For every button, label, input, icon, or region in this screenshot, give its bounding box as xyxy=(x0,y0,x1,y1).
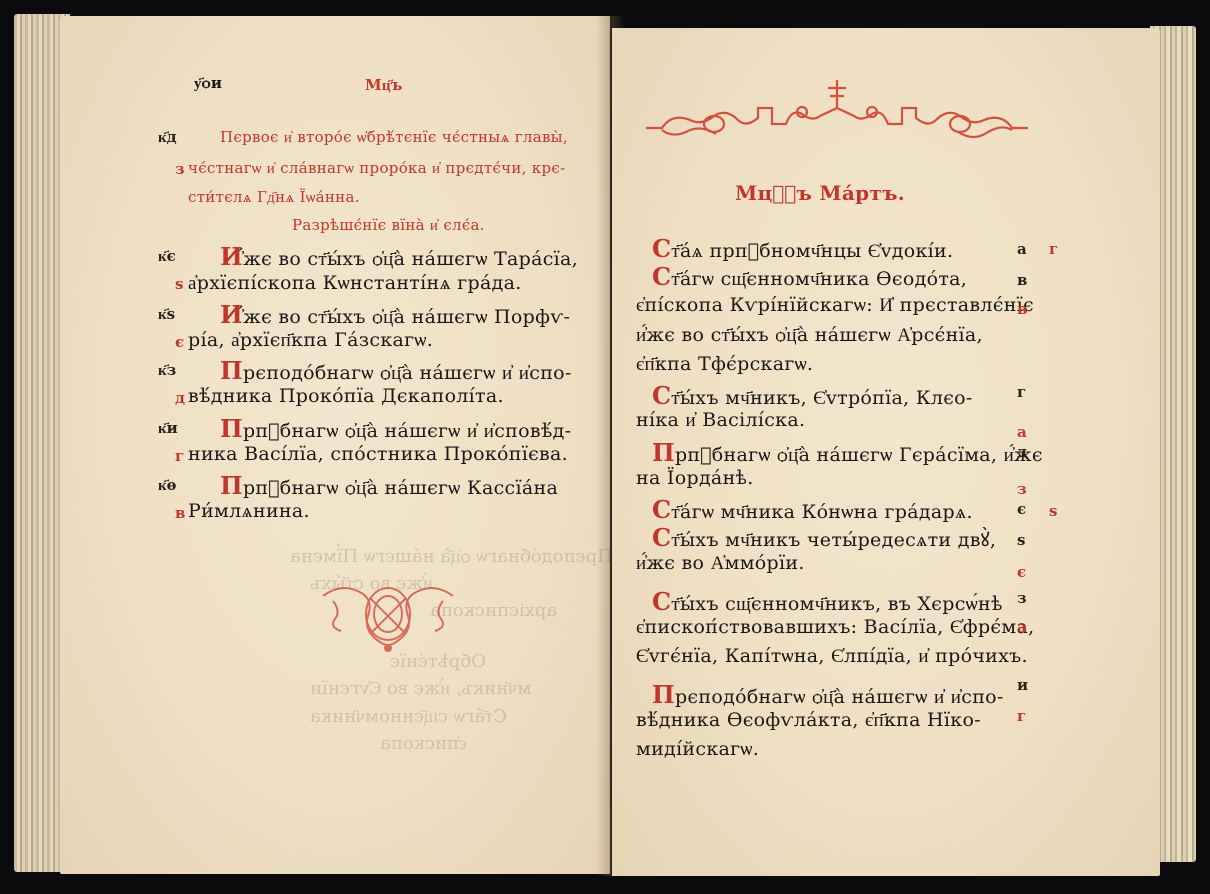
margin-day-number: є xyxy=(1017,500,1026,518)
margin-letter: з xyxy=(1017,480,1027,498)
margin-day-number: ѕ xyxy=(1017,531,1025,549)
drop-initial: И xyxy=(220,300,243,329)
entry-text: ҆́жє во ст҃ы́хъ ѻ҆ц҃а̀ на́шєгѡ Порфѵ- xyxy=(243,306,570,328)
running-head: Мц҃ъ xyxy=(365,76,403,95)
margin-letter: а xyxy=(1017,423,1027,441)
entry-line: Ст҃ы́хъ мч҃никъ, Є҆vтро́пїа, Клєо- xyxy=(652,381,973,410)
entry-line: Ри́млѧнина. xyxy=(188,500,310,523)
entry-line: Ст҃а́гѡ мч҃ника Ко́нѡна гра́дарѧ. xyxy=(652,495,973,524)
tailpiece-ornament-icon xyxy=(318,576,458,656)
bleed-through-text: мч҃никъ, и҆́жє во Є҆vгєнїи xyxy=(310,678,531,699)
margin-letter: в xyxy=(1017,300,1027,318)
margin-day-number: к҃є xyxy=(158,247,176,266)
entry-line: а҆рхїєпі́скопа Кѡнстанті́нѧ гра́да. xyxy=(188,272,522,295)
entry-line: є҆п҃кпа Тфє́рскагѡ. xyxy=(636,353,813,376)
margin-letter: д xyxy=(175,389,185,407)
margin-letter: в xyxy=(175,504,185,522)
entry-line: и҆́жє во А҆ммо́рїи. xyxy=(636,552,805,575)
rubric: Разрѣшє́нїє вїна̀ и҆ єлє́а. xyxy=(292,216,485,235)
margin-day-number: д xyxy=(1017,443,1027,461)
margin-letter: є xyxy=(1017,563,1026,581)
entry-line: Прпⷣбнагѡ ѻ҆ц҃а̀ на́шєгѡ Кассїа́на xyxy=(220,471,558,500)
entry-line: И҆́жє во ст҃ы́хъ ѻ҆ц҃а̀ на́шєгѡ Порфѵ- xyxy=(220,300,570,329)
entry-line: и҆́жє во ст҃ы́хъ ѻ҆ц҃а̀ на́шєгѡ А҆рсє́нї… xyxy=(636,324,983,347)
headpiece-ornament-icon xyxy=(642,78,1032,146)
margin-letter: ѕ xyxy=(175,275,183,293)
bleed-through-text: Ст҃а́гѡ сщ҃єнномч҃ника xyxy=(310,706,507,727)
entry-text: т҃ы́хъ мч҃никъ, Є҆vтро́пїа, Клєо- xyxy=(671,387,972,409)
book-photo: Прєподо́бнагѡ ѻ҆ц҃а̀ на́шєгѡ Пї́мєна и҆́… xyxy=(0,0,1210,894)
margin-letter: г xyxy=(175,447,184,465)
margin-day-number: г xyxy=(1017,383,1026,401)
bleed-through-text: є҆пископа xyxy=(380,733,467,754)
entry-text: рєподо́бнагѡ ѻ҆ц҃а̀ на́шєгѡ и҆ и҆спо- xyxy=(243,362,572,384)
margin-day-number: а xyxy=(1017,240,1027,258)
margin-letter: а xyxy=(1017,618,1027,636)
margin-letter: г xyxy=(1017,707,1026,725)
margin-letter: ѕ xyxy=(1049,502,1057,520)
drop-initial: С xyxy=(652,262,671,291)
drop-initial: П xyxy=(652,680,675,709)
drop-initial: С xyxy=(652,234,671,263)
margin-letter: з xyxy=(175,160,185,178)
page-number: у҃ѻи xyxy=(194,74,222,93)
entry-text: ҆́жє во ст҃ы́хъ ѻ҆ц҃а̀ на́шєгѡ Тара́сїа, xyxy=(243,248,578,270)
entry-line: Прєподо́бнагѡ ѻ҆ц҃а̀ на́шєгѡ и҆ и҆спо- xyxy=(220,356,572,385)
entry-text: рпⷣбнагѡ ѻ҆ц҃а̀ на́шєгѡ Гєра́сїма, и҆́жє xyxy=(675,444,1043,466)
entry-line: рі́а, а҆рхїєп҃кпа Га́зскагѡ. xyxy=(188,329,433,352)
entry-text: т҃а́гѡ сщ҃єнномч҃ника Ѳєодо́та, xyxy=(671,268,967,290)
feast-line: Пєрвоє и҆ второ́є ѡ҆брѣ́тєнїє чє́стныѧ г… xyxy=(220,128,568,147)
entry-line: ника Васі́лїа, спо́стника Проко́пїєва. xyxy=(188,443,568,465)
margin-day-number: к҃з xyxy=(158,361,176,380)
drop-initial: С xyxy=(652,587,671,616)
entry-line: Ст҃ы́хъ мч҃никъ четы́редесѧти двꙋ̀, xyxy=(652,523,996,552)
entry-line: миді́йскагѡ. xyxy=(636,738,759,761)
bleed-through-text: Прєподо́бнагѡ ѻ҆ц҃а̀ на́шєгѡ Пї́мєна xyxy=(290,546,613,567)
right-page: Мцⷭ҇ъ Ма́ртъ. Ст҃а́ѧ прпⷣбномч҃нцы Є҆vдо… xyxy=(612,28,1160,876)
entry-text: т҃ы́хъ сщ҃єнномч҃никъ, въ Хєрсѡ́нѣ xyxy=(671,593,1002,615)
drop-initial: П xyxy=(220,471,243,500)
entry-line: вѣ́дника Ѳєофѵла́кта, є҆п҃кпа Нїко- xyxy=(636,709,981,732)
margin-letter: г xyxy=(1049,240,1058,258)
entry-line: є҆пископ́ствовавшихъ: Васі́лїа, Є҆фрє́ма… xyxy=(636,616,1034,639)
feast-line: сти́тєлѧ Гд҃нѧ Їѡа́нна. xyxy=(188,188,360,207)
margin-day-number: з xyxy=(1017,589,1027,607)
drop-initial: С xyxy=(652,523,671,552)
drop-initial: С xyxy=(652,495,671,524)
entry-line: И҆́жє во ст҃ы́хъ ѻ҆ц҃а̀ на́шєгѡ Тара́сїа… xyxy=(220,242,578,271)
entry-text: рпⷣбнагѡ ѻ҆ц҃а̀ на́шєгѡ Кассїа́на xyxy=(243,477,558,499)
entry-text: т҃а́гѡ мч҃ника Ко́нѡна гра́дарѧ. xyxy=(671,501,972,523)
entry-text: рпⷣбнагѡ ѻ҆ц҃а̀ на́шєгѡ и҆ и҆сповѣ́д- xyxy=(243,420,571,442)
entry-line: Прєподо́бнагѡ ѻ҆ц҃а̀ на́шєгѡ и҆ и҆спо- xyxy=(652,680,1004,709)
drop-initial: П xyxy=(652,438,675,467)
margin-letter: є xyxy=(175,333,184,351)
drop-initial: П xyxy=(220,414,243,443)
entry-line: є҆пі́скопа Кѵрі́нїйскагѡ: И҆ прєставлє́н… xyxy=(636,294,1034,317)
entry-line: ні́ка и҆ Васілі́ска. xyxy=(636,409,805,432)
month-title: Мцⷭ҇ъ Ма́ртъ. xyxy=(735,181,905,205)
entry-text: т҃ы́хъ мч҃никъ четы́редесѧти двꙋ̀, xyxy=(671,529,996,551)
margin-day-number: к҃ѳ xyxy=(158,476,176,495)
margin-day-number: к҃ѕ xyxy=(158,305,175,324)
entry-line: Ст҃ы́хъ сщ҃єнномч҃никъ, въ Хєрсѡ́нѣ xyxy=(652,587,1003,616)
entry-line: Прпⷣбнагѡ ѻ҆ц҃а̀ на́шєгѡ и҆ и҆сповѣ́д- xyxy=(220,414,571,443)
drop-initial: С xyxy=(652,381,671,410)
entry-line: вѣ́дника Проко́пїа Дєкаполі́та. xyxy=(188,385,504,407)
entry-line: Прпⷣбнагѡ ѻ҆ц҃а̀ на́шєгѡ Гєра́сїма, и҆́ж… xyxy=(652,438,1043,467)
margin-day-number: в xyxy=(1017,271,1027,289)
drop-initial: И xyxy=(220,242,243,271)
margin-day-number: к҃д xyxy=(158,128,177,147)
entry-line: Є҆vгє́нїа, Капі́тѡна, Є҆лпі́дїа, и҆ про́… xyxy=(636,645,1028,668)
entry-line: на Їорда́нѣ. xyxy=(636,467,754,489)
entry-text: рєподо́бнагѡ ѻ҆ц҃а̀ на́шєгѡ и҆ и҆спо- xyxy=(675,686,1004,708)
feast-line: чє́стнагѡ и҆ сла́внагѡ проро́ка и҆ прєдт… xyxy=(188,159,565,178)
left-page: Прєподо́бнагѡ ѻ҆ц҃а̀ на́шєгѡ Пї́мєна и҆́… xyxy=(60,16,610,874)
entry-text: т҃а́ѧ прпⷣбномч҃нцы Є҆vдокі́и. xyxy=(671,240,953,262)
margin-day-number: и xyxy=(1017,676,1028,694)
margin-day-number: к҃и xyxy=(158,419,178,438)
entry-line: Ст҃а́гѡ сщ҃єнномч҃ника Ѳєодо́та, xyxy=(652,262,967,291)
entry-line: Ст҃а́ѧ прпⷣбномч҃нцы Є҆vдокі́и. xyxy=(652,234,953,263)
drop-initial: П xyxy=(220,356,243,385)
